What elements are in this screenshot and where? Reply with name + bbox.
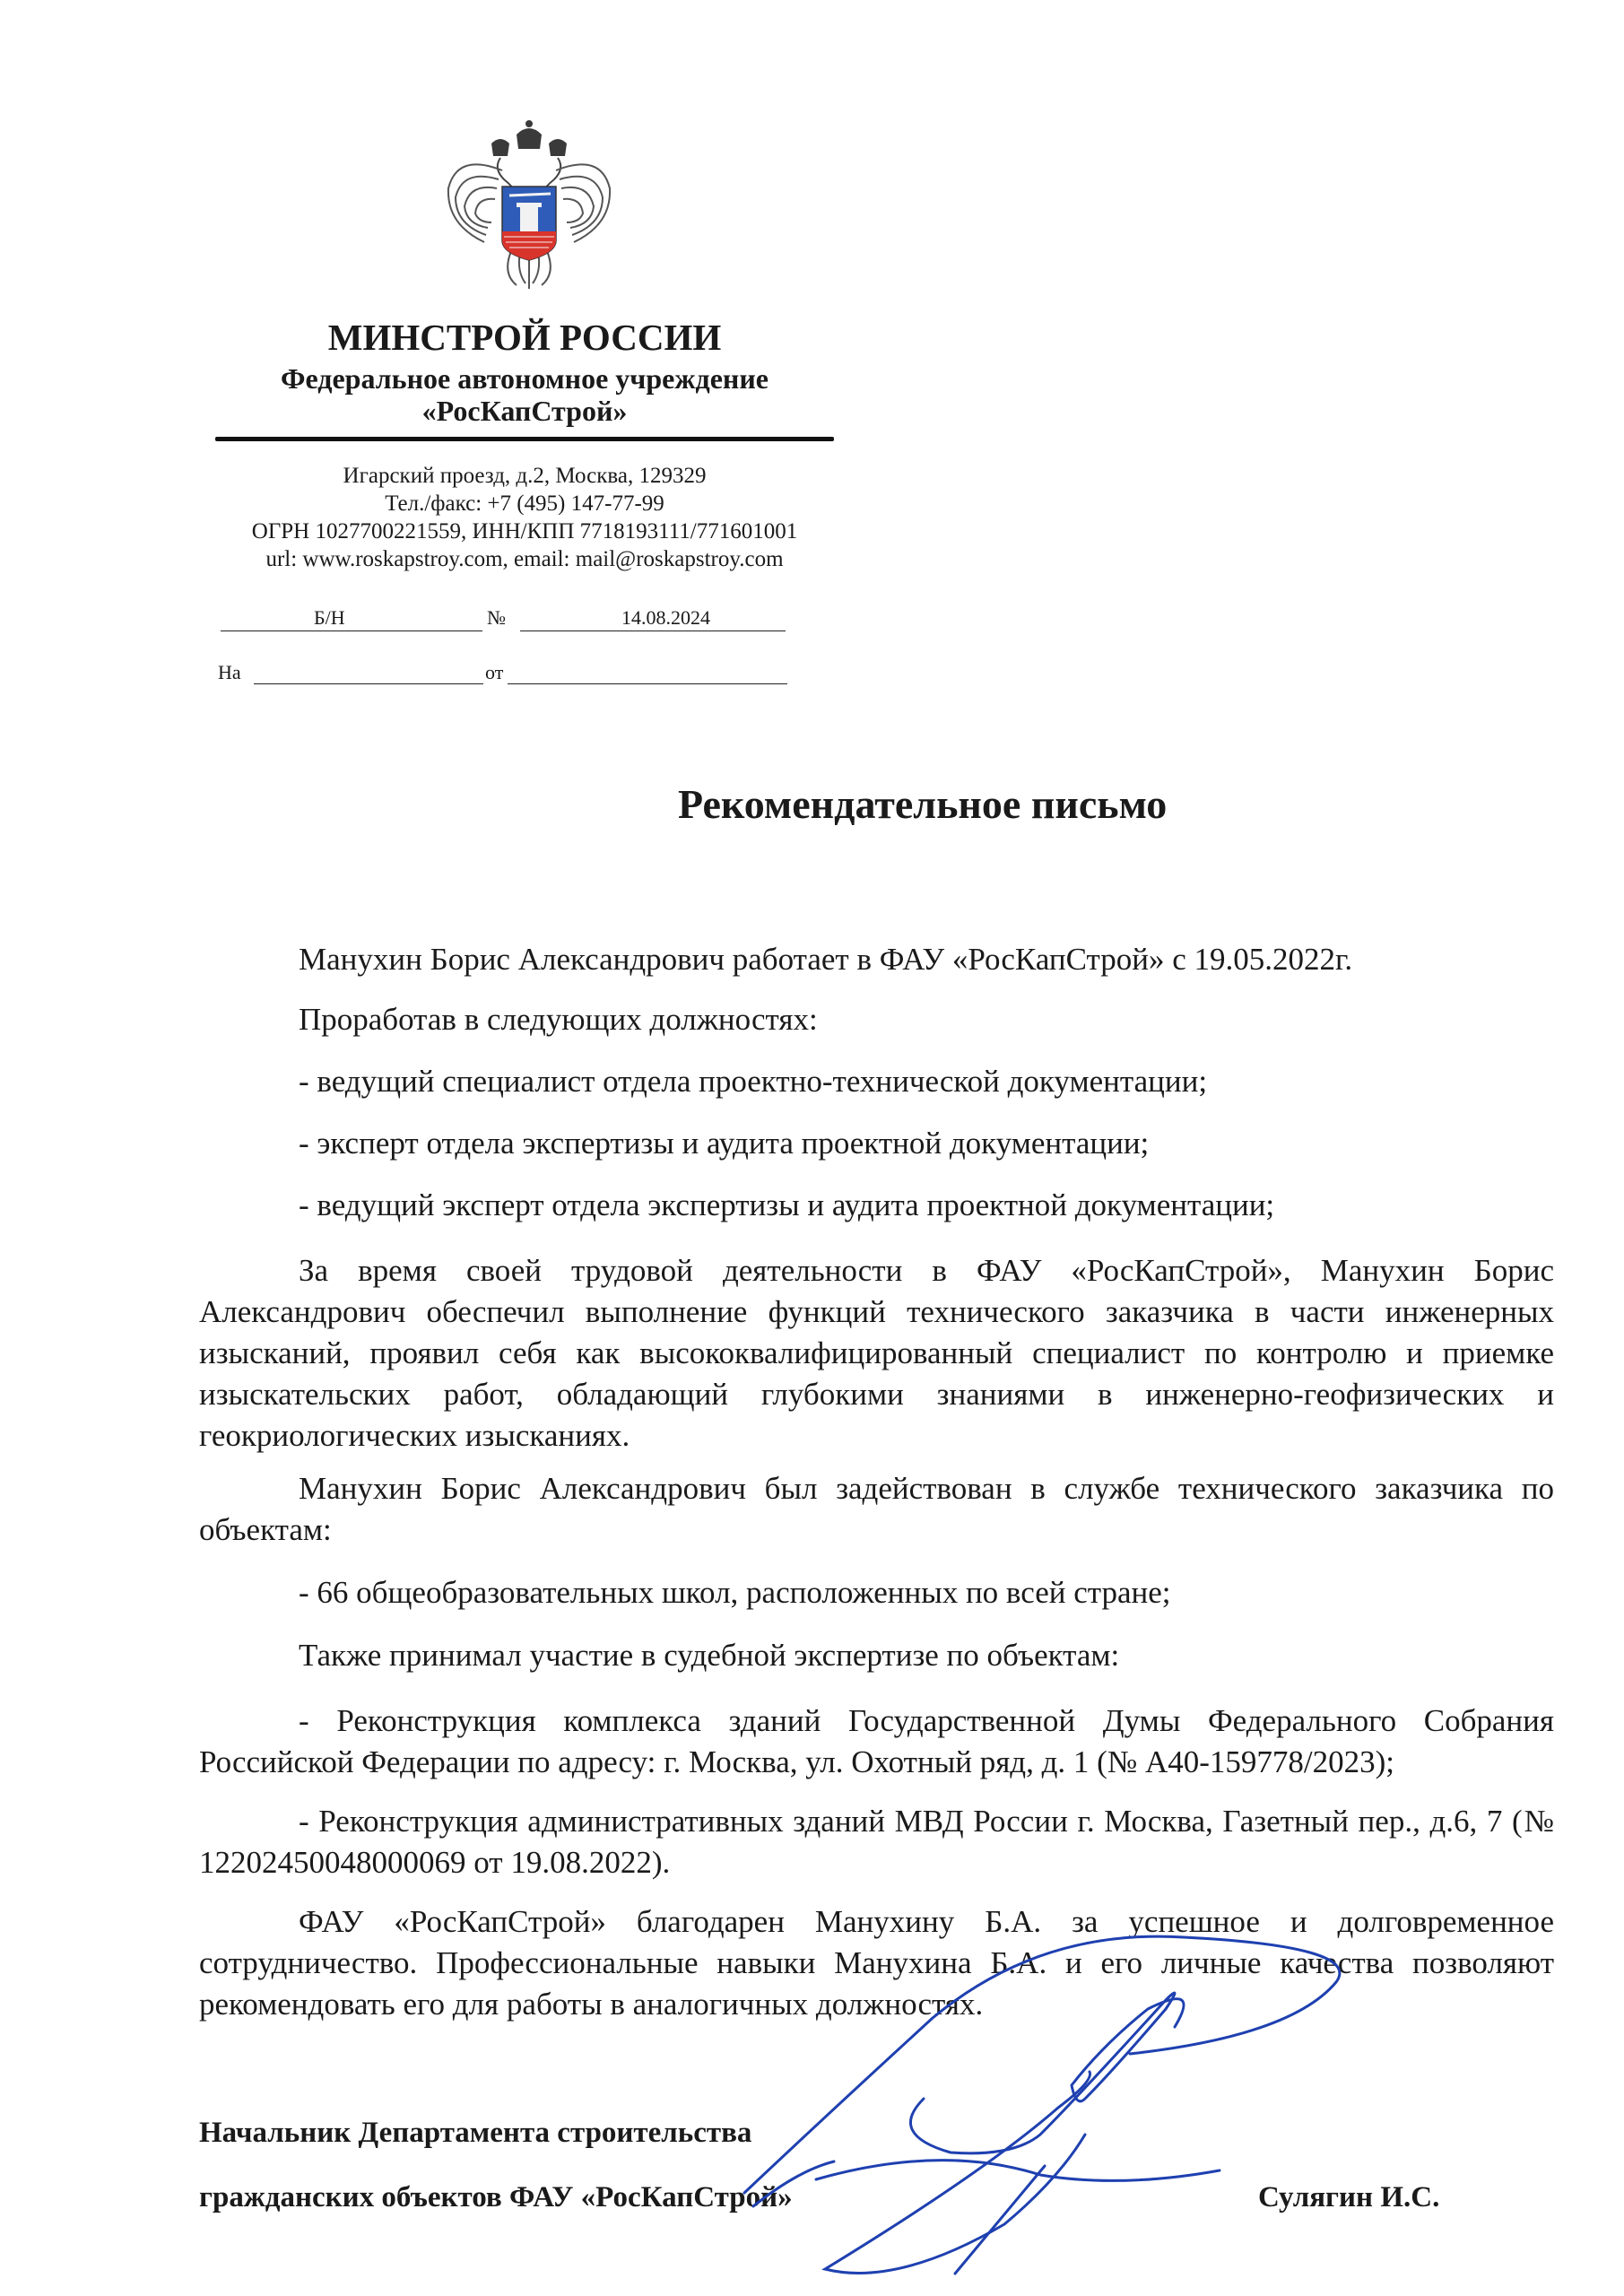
phone: Тел./факс: +7 (495) 147-77-99: [215, 490, 834, 517]
objects-intro-paragraph: Манухин Борис Александрович был задейств…: [199, 1468, 1554, 1551]
position-item: - ведущий специалист отдела проектно-тех…: [299, 1064, 1207, 1100]
court-intro: Также принимал участие в судебной экспер…: [299, 1638, 1119, 1674]
achievements-paragraph: За время своей трудовой деятельности в Ф…: [199, 1250, 1554, 1457]
incoming-date-line: [508, 683, 787, 684]
address: Игарский проезд, д.2, Москва, 129329: [215, 462, 834, 490]
court-object-item: - Реконструкция административных зданий …: [199, 1801, 1554, 1883]
org-name: «РосКапСтрой»: [215, 395, 834, 428]
incoming-number-line: [254, 683, 483, 684]
positions-heading: Проработав в следующих должностях:: [299, 1002, 818, 1038]
number-sign: №: [487, 606, 506, 630]
letter-title: Рекомендательное письмо: [678, 780, 1167, 828]
registration-numbers: ОГРН 1027700221559, ИНН/КПП 7718193111/7…: [215, 517, 834, 545]
handwritten-signature-icon: [717, 1883, 1435, 2296]
document-date: 14.08.2024: [621, 606, 710, 630]
position-item: - ведущий эксперт отдела экспертизы и ау…: [299, 1187, 1274, 1223]
signatory-position-line2: гражданских объектов ФАУ «РосКапСтрой»: [199, 2181, 793, 2214]
intro-line: Манухин Борис Александрович работает в Ф…: [299, 942, 1352, 978]
outgoing-number: Б/Н: [314, 606, 345, 630]
date-line: [520, 631, 786, 631]
court-object-item: - Реконструкция комплекса зданий Государ…: [199, 1700, 1554, 1783]
letterhead-divider: [215, 437, 834, 441]
from-label: от: [485, 661, 503, 684]
object-item: - 66 общеобразовательных школ, расположе…: [299, 1575, 1171, 1611]
coat-of-arms-icon: [439, 117, 619, 291]
incoming-label: На: [218, 661, 241, 684]
position-item: - эксперт отдела экспертизы и аудита про…: [299, 1126, 1149, 1161]
web-contacts: url: www.roskapstroy.com, email: mail@ro…: [215, 545, 834, 573]
org-type: Федеральное автономное учреждение: [215, 362, 834, 396]
ministry-name: МИНСТРОЙ РОССИИ: [215, 316, 834, 359]
outgoing-number-line: [221, 631, 482, 631]
signatory-position-line1: Начальник Департамента строительства: [199, 2117, 751, 2150]
